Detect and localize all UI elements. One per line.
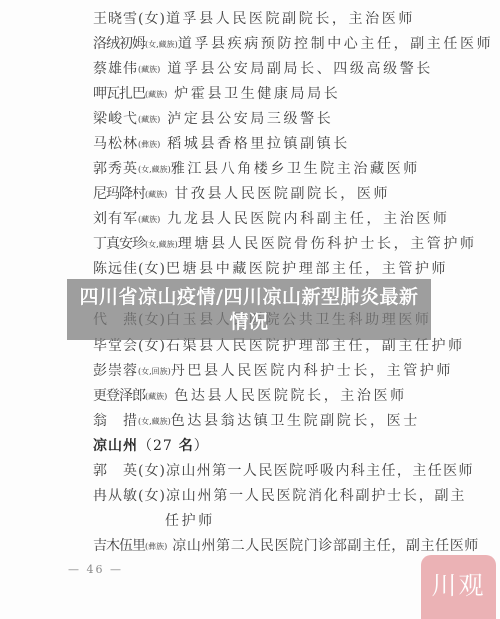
list-item: 洛绒初姆(女,藏族)道孚县疾病预防控制中心主任，副主任医师 <box>93 34 493 54</box>
person-duty: 丹巴县人民医院内科护士长，主管护师 <box>171 363 453 379</box>
person-name: 马松林 <box>93 134 138 154</box>
person-name: 梁峻弋 <box>93 109 138 129</box>
person-duty: 色达县翁达镇卫生院副院长，医士 <box>171 413 420 429</box>
person-duty: 雅江县八角楼乡卫生院主治藏医师 <box>171 161 420 177</box>
person-name: 蔡雄伟 <box>93 59 138 79</box>
section-title: 凉山州 <box>93 438 138 454</box>
list-item: 陈远佳(女)巴塘县中藏医院护理部主任，主管护师 <box>93 259 448 279</box>
person-duty-continuation: 任护师 <box>165 513 215 529</box>
section-heading: 凉山州（27 名） <box>93 436 209 456</box>
person-name: 刘有军 <box>93 209 138 229</box>
person-note: (女) <box>138 9 166 29</box>
list-item: 冉从敏(女)凉山州第一人民医院消化科副护士长，副主 <box>93 486 466 506</box>
article-title: 四川省凉山疫情/四川凉山新型肺炎最新情况 <box>79 285 419 335</box>
person-duty: 稻城县香格里拉镇副镇长 <box>160 136 350 152</box>
list-item: 王晓雪(女)道孚县人民医院副院长，主治医师 <box>93 9 415 29</box>
person-name: 郭 英 <box>93 461 138 481</box>
section-count-unit: 名 <box>173 438 194 454</box>
person-duty: 甘孜县人民医院副院长，医师 <box>167 186 390 202</box>
person-note: (女,藏族) <box>145 40 178 49</box>
person-duty: 色达县人民医院院长，主治医师 <box>167 388 406 404</box>
person-name: 呷瓦扎巴 <box>93 84 145 104</box>
list-item: 刘有军(藏族) 九龙县人民医院内科副主任，主治医师 <box>93 209 450 229</box>
list-item: 呷瓦扎巴(藏族) 炉霍县卫生健康局局长 <box>93 84 340 104</box>
page-number: — 46 — <box>68 563 123 576</box>
list-item: 郭 英(女)凉山州第一人民医院呼吸内科主任，主任医师 <box>93 461 474 481</box>
list-item: 郭秀英(女,藏族)雅江县八角楼乡卫生院主治藏医师 <box>93 159 420 179</box>
person-note: (女,藏族) <box>145 240 178 249</box>
person-name: 翁 措 <box>93 411 138 431</box>
list-item: 翁 措(女,藏族)色达县翁达镇卫生院副院长，医士 <box>93 411 420 431</box>
chuanguan-logo-watermark: 川观 <box>421 555 496 619</box>
person-name: 更登泽郎 <box>93 386 145 406</box>
person-duty: 九龙县人民医院内科副主任，主治医师 <box>160 211 449 227</box>
person-duty: 凉山州第一人民医院消化科副护士长，副主 <box>166 488 466 504</box>
person-note: (女) <box>138 461 166 481</box>
person-note: (彝族) <box>145 542 167 551</box>
person-note: (藏族) <box>145 190 167 199</box>
list-item: 梁峻弋(藏族) 泸定县公安局三级警长 <box>93 109 333 129</box>
list-item: 更登泽郎(藏族) 色达县人民医院院长，主治医师 <box>93 386 407 406</box>
list-item: 马松林(彝族) 稻城县香格里拉镇副镇长 <box>93 134 350 154</box>
person-name: 王晓雪 <box>93 9 138 29</box>
person-duty: 道孚县疾病预防控制中心主任，副主任医师 <box>178 36 493 52</box>
person-note: (女,回族) <box>138 367 171 376</box>
list-item: 尼玛降村(藏族) 甘孜县人民医院副院长，医师 <box>93 184 390 204</box>
list-item: 吉木伍里(彝族) 凉山州第二人民医院门诊部副主任，副主任医师 <box>93 536 479 556</box>
person-duty: 凉山州第一人民医院呼吸内科主任，主任医师 <box>166 463 474 479</box>
person-note: (彝族) <box>138 140 160 149</box>
person-name: 丁真安珍 <box>93 234 145 254</box>
person-note: (藏族) <box>145 392 167 401</box>
person-note: (藏族) <box>138 215 160 224</box>
person-note: (藏族) <box>138 65 160 74</box>
person-duty: 泸定县公安局三级警长 <box>160 111 333 127</box>
person-duty: 道孚县公安局副局长、四级高级警长 <box>160 61 433 77</box>
person-duty: 道孚县人民医院副院长，主治医师 <box>166 11 415 27</box>
person-name: 吉木伍里 <box>93 536 145 556</box>
person-duty: 理塘县人民医院骨伤科护士长，主管护师 <box>178 236 477 252</box>
person-note: (藏族) <box>138 115 160 124</box>
person-note: (女,藏族) <box>138 417 171 426</box>
section-count-close: ） <box>194 438 209 454</box>
person-note: (女) <box>138 259 166 279</box>
person-note: (藏族) <box>145 90 167 99</box>
person-name: 郭秀英 <box>93 159 138 179</box>
person-name: 陈远佳 <box>93 259 138 279</box>
person-note: (女,藏族) <box>138 165 171 174</box>
list-item: 彭崇蓉(女,回族)丹巴县人民医院内科护士长，主管护师 <box>93 361 453 381</box>
person-name: 冉从敏 <box>93 486 138 506</box>
list-item: 丁真安珍(女,藏族)理塘县人民医院骨伤科护士长，主管护师 <box>93 234 477 254</box>
list-item: 蔡雄伟(藏族) 道孚县公安局副局长、四级高级警长 <box>93 59 433 79</box>
person-duty: 凉山州第二人民医院门诊部副主任，副主任医师 <box>167 538 479 554</box>
list-item-continuation: 任护师 <box>165 511 215 531</box>
person-duty: 炉霍县卫生健康局局长 <box>167 86 340 102</box>
title-overlay-banner: 四川省凉山疫情/四川凉山新型肺炎最新情况 <box>67 279 431 340</box>
person-name: 彭崇蓉 <box>93 361 138 381</box>
section-count-open: （ <box>138 438 153 454</box>
person-name: 洛绒初姆 <box>93 34 145 54</box>
person-note: (女) <box>138 486 166 506</box>
person-duty: 石渠县人民医院护理部主任，副主任护师 <box>166 338 465 354</box>
section-count-number: 27 <box>153 438 173 454</box>
person-name: 尼玛降村 <box>93 184 145 204</box>
person-duty: 巴塘县中藏医院护理部主任，主管护师 <box>166 261 448 277</box>
watermark-label: 川观 <box>431 566 485 602</box>
